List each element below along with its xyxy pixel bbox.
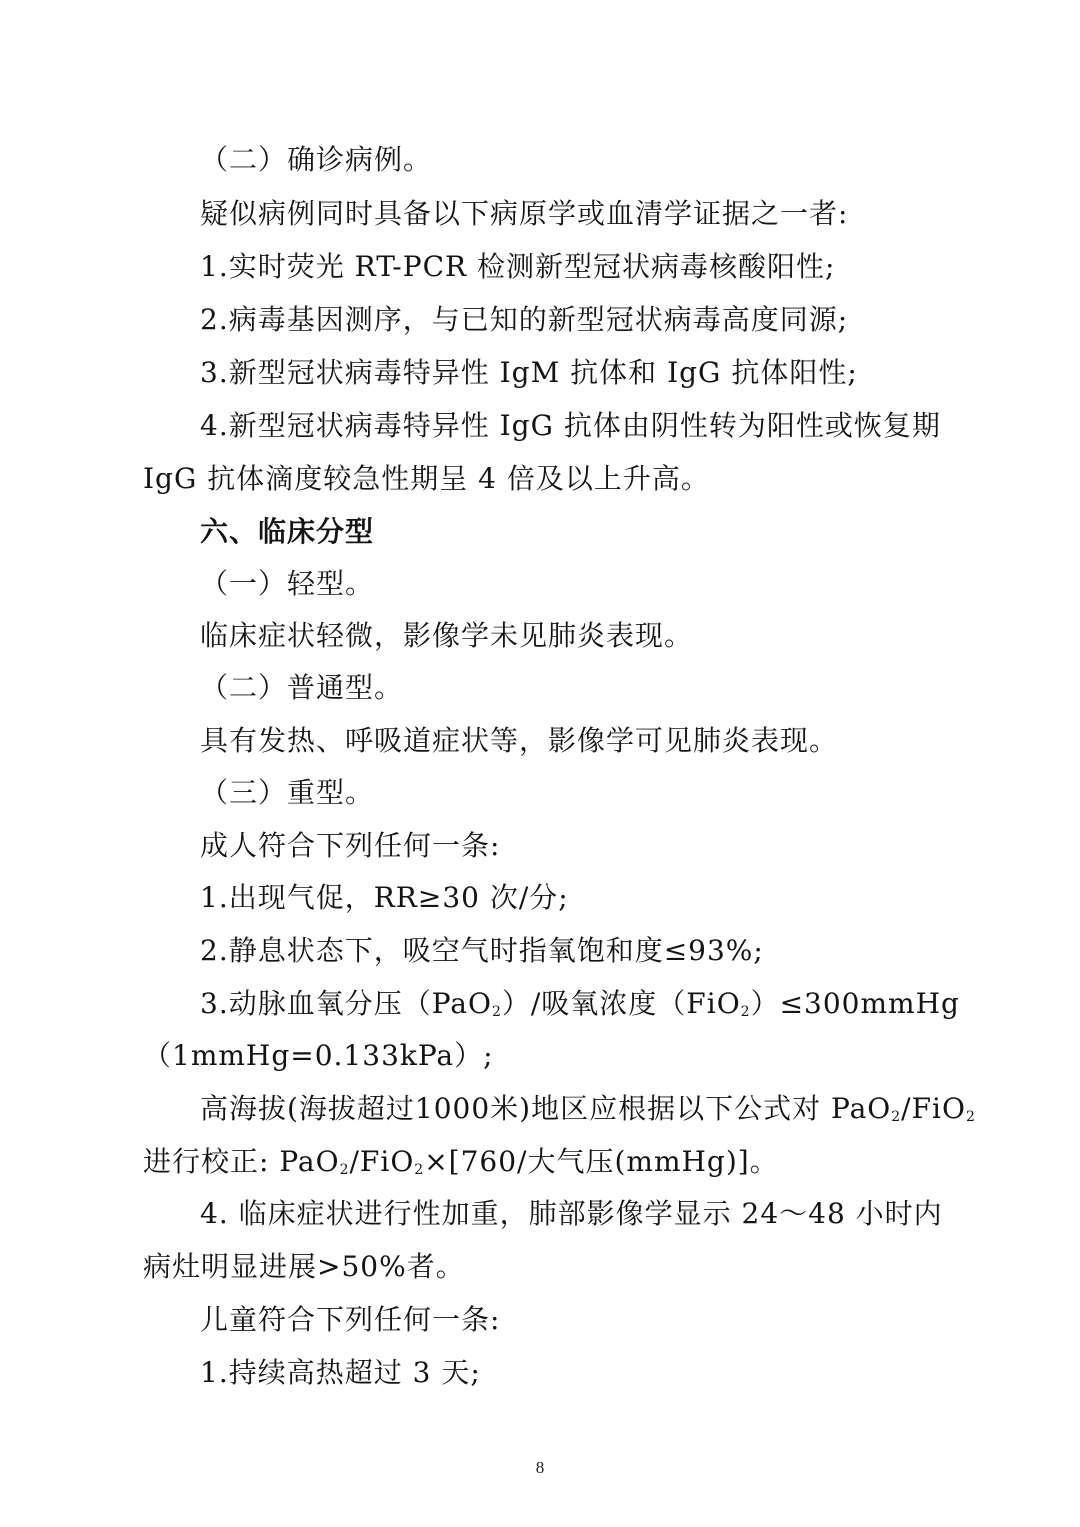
text-line: 具有发热、呼吸道症状等，影像学可见肺炎表现。 bbox=[200, 724, 838, 758]
text-line: 1.实时荧光 RT-PCR 检测新型冠状病毒核酸阳性; bbox=[200, 250, 835, 284]
text-line-children-criteria: 儿童符合下列任何一条: bbox=[200, 1303, 500, 1337]
text-segment: /FiO bbox=[350, 1145, 415, 1178]
text-line: （二）确诊病例。 bbox=[200, 143, 432, 177]
subscript: 2 bbox=[414, 1162, 424, 1178]
text-segment: 高海拔(海拔超过1000米)地区应根据以下公式对 PaO bbox=[200, 1092, 891, 1125]
text-line: 2.静息状态下，吸空气时指氧饱和度≤93%; bbox=[200, 934, 764, 968]
text-line-children-item-1: 1.持续高热超过 3 天; bbox=[200, 1356, 481, 1390]
subscript: 2 bbox=[966, 1109, 976, 1125]
text-line-progression-cont: 病灶明显进展>50%者。 bbox=[143, 1250, 465, 1284]
text-segment: 3.动脉血氧分压（PaO bbox=[200, 987, 492, 1020]
text-line-correction-formula: 进行校正: PaO2/FiO2×[760/大气压(mmHg)]。 bbox=[143, 1145, 779, 1179]
text-line: 成人符合下列任何一条: bbox=[200, 829, 500, 863]
section-heading: 六、临床分型 bbox=[200, 515, 374, 549]
text-line: （三）重型。 bbox=[200, 776, 374, 810]
text-line: 临床症状轻微，影像学未见肺炎表现。 bbox=[200, 619, 693, 653]
subscript: 2 bbox=[492, 1004, 502, 1020]
text-line: 疑似病例同时具备以下病原学或血清学证据之一者: bbox=[200, 197, 848, 231]
text-segment: ）/吸氧浓度（FiO bbox=[502, 987, 741, 1020]
text-line-unit-conversion: （1mmHg=0.133kPa）; bbox=[143, 1039, 494, 1073]
subscript: 2 bbox=[741, 1004, 751, 1020]
text-line: 4.新型冠状病毒特异性 IgG 抗体由阴性转为阳性或恢复期 bbox=[200, 409, 941, 443]
text-line-progression: 4. 临床症状进行性加重，肺部影像学显示 24～48 小时内 bbox=[200, 1197, 943, 1231]
text-line: （一）轻型。 bbox=[200, 567, 374, 601]
page-number: 8 bbox=[0, 1458, 1080, 1478]
text-segment: ）≤300mmHg bbox=[751, 987, 960, 1020]
text-line-pao2-ratio: 3.动脉血氧分压（PaO2）/吸氧浓度（FiO2）≤300mmHg bbox=[200, 987, 960, 1021]
text-segment: 进行校正: PaO bbox=[143, 1145, 340, 1178]
subscript: 2 bbox=[340, 1162, 350, 1178]
document-page: （二）确诊病例。疑似病例同时具备以下病原学或血清学证据之一者:1.实时荧光 RT… bbox=[0, 0, 1080, 1527]
subscript: 2 bbox=[891, 1109, 901, 1125]
text-line: （二）普通型。 bbox=[200, 671, 403, 705]
text-line: 1.出现气促，RR≥30 次/分; bbox=[200, 881, 569, 915]
text-line-altitude: 高海拔(海拔超过1000米)地区应根据以下公式对 PaO2/FiO2 bbox=[200, 1092, 976, 1126]
text-segment: /FiO bbox=[901, 1092, 966, 1125]
text-line: 3.新型冠状病毒特异性 IgM 抗体和 IgG 抗体阳性; bbox=[200, 356, 858, 390]
text-line: IgG 抗体滴度较急性期呈 4 倍及以上升高。 bbox=[143, 462, 710, 496]
text-segment: ×[760/大气压(mmHg)]。 bbox=[424, 1145, 778, 1178]
text-line: 2.病毒基因测序，与已知的新型冠状病毒高度同源; bbox=[200, 303, 848, 337]
